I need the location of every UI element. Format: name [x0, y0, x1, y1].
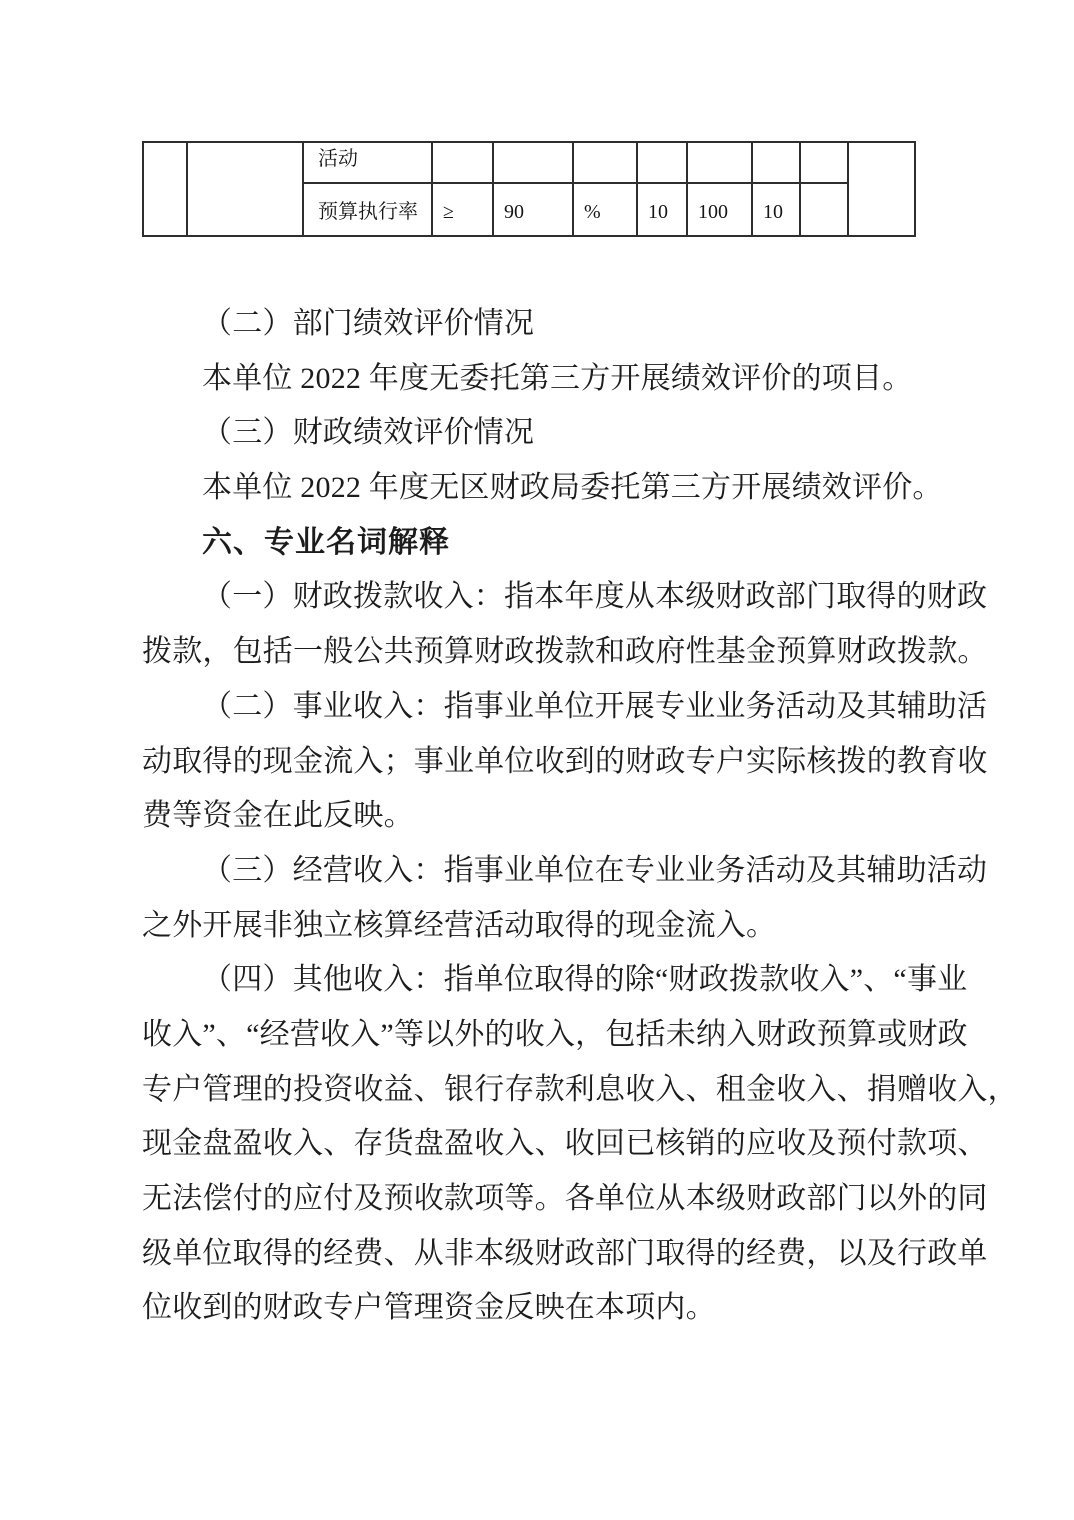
cell-operator-gte: ≥: [432, 183, 493, 236]
dept-eval-statement: 本单位 2022 年度无委托第三方开展绩效评价的项目。: [142, 352, 942, 407]
term-4-line-4: 现金盘盈收入、存货盘盈收入、收回已核销的应收及预付款项、: [142, 1117, 942, 1172]
term-4-line-2: 收入”、“经营收入”等以外的收入，包括未纳入财政预算或财政: [142, 1008, 942, 1063]
term-1-line-2: 拨款，包括一般公共预算财政拨款和政府性基金预算财政拨款。: [142, 625, 942, 680]
term-4-line-7: 位收到的财政专户管理资金反映在本项内。: [142, 1281, 942, 1336]
cell-budget-execution-rate: 预算执行率: [303, 183, 432, 236]
term-4-line-6: 级单位取得的经费、从非本级财政部门取得的经费，以及行政单: [142, 1227, 942, 1282]
cell-unit-percent: %: [573, 183, 637, 236]
cell-target-value: 90: [493, 183, 573, 236]
section-6-heading: 六、专业名词解释: [142, 516, 942, 571]
term-2-line-1: （二）事业收入：指事业单位开展专业业务活动及其辅助活: [142, 680, 942, 735]
table-row: 活动: [143, 142, 915, 183]
term-4-line-3: 专户管理的投资收益、银行存款利息收入、租金收入、捐赠收入，: [142, 1063, 942, 1118]
term-1-line-1: （一）财政拨款收入：指本年度从本级财政部门取得的财政: [142, 570, 942, 625]
cell-weight: 10: [637, 183, 687, 236]
cell-score: 10: [752, 183, 800, 236]
term-4-line-1: （四）其他收入：指单位取得的除“财政拨款收入”、“事业: [142, 953, 942, 1008]
cell-empty-left-1: [143, 142, 187, 236]
cell-empty-left-2: [187, 142, 303, 236]
cell-empty: [687, 142, 752, 183]
cell-empty: [800, 142, 848, 183]
term-2-line-2: 动取得的现金流入；事业单位收到的财政专户实际核拨的教育收: [142, 735, 942, 790]
subheading-dept-eval: （二）部门绩效评价情况: [142, 297, 942, 352]
cell-empty: [800, 183, 848, 236]
cell-indicator-wrap: 活动: [303, 142, 432, 183]
document-body: （二）部门绩效评价情况 本单位 2022 年度无委托第三方开展绩效评价的项目。 …: [142, 297, 942, 1336]
cell-empty: [637, 142, 687, 183]
cell-empty: [752, 142, 800, 183]
subheading-fiscal-eval: （三）财政绩效评价情况: [142, 406, 942, 461]
document-page: 活动 预算执行率 ≥ 90 % 10 100 10 （二）部门绩效评价情况 本单…: [0, 0, 1074, 1520]
cell-score-standard: 100: [687, 183, 752, 236]
term-4-line-5: 无法偿付的应付及预收款项等。各单位从本级财政部门以外的同: [142, 1172, 942, 1227]
cell-empty: [573, 142, 637, 183]
term-3-line-2: 之外开展非独立核算经营活动取得的现金流入。: [142, 899, 942, 954]
fiscal-eval-statement: 本单位 2022 年度无区财政局委托第三方开展绩效评价。: [142, 461, 942, 516]
cell-empty: [432, 142, 493, 183]
cell-empty-right: [848, 142, 915, 236]
term-2-line-3: 费等资金在此反映。: [142, 789, 942, 844]
term-3-line-1: （三）经营收入：指事业单位在专业业务活动及其辅助活动: [142, 844, 942, 899]
cell-empty: [493, 142, 573, 183]
performance-indicator-table: 活动 预算执行率 ≥ 90 % 10 100 10: [142, 141, 916, 237]
